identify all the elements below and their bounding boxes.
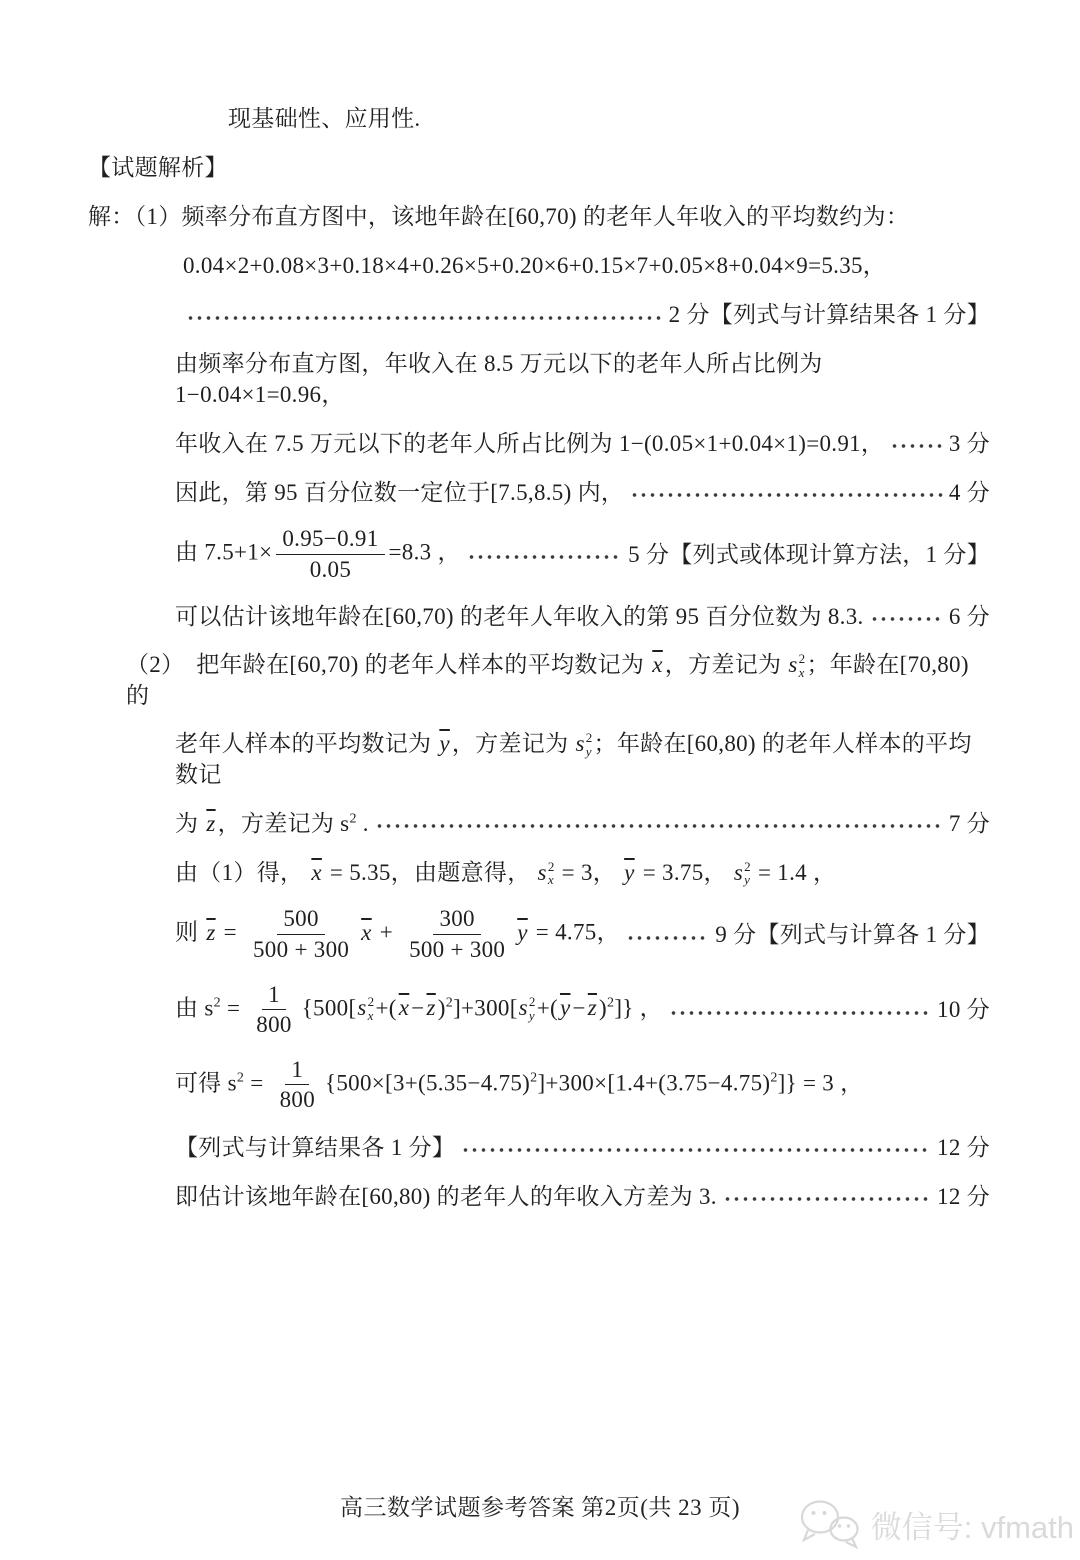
text-segment: 则 [175,920,204,945]
superscript: 2 [770,1071,777,1086]
text-segment: ]+300[ [453,995,518,1020]
text-segment: 年收入在 7.5 万元以下的老年人所占比例为 1−(0.05×1+0.04×1)… [175,431,884,456]
line-content: 解：（1）频率分布直方图中，该地年龄在[60,70) 的老年人年收入的平均数约为… [88,201,909,232]
text-segment: 因此，第 95 百分位数一定位于[7.5,8.5) 内， [175,480,624,505]
variable-scripts: 2y [586,731,593,758]
text-segment: . [357,811,369,836]
text-segment: = 1.4 ， [752,860,836,885]
text-segment: +( [537,995,558,1020]
dotted-leader [626,928,709,948]
score-label: 2 分【列式与计算结果各 1 分】 [669,299,990,330]
part2-intro-line1: （2） 把年龄在[60,70) 的老年人样本的平均数记为 x，方差记为 s2x；… [88,649,990,711]
variable-scripts: 2y [744,860,751,887]
variable-scripts: 2y [529,995,536,1022]
text-segment: ，方差记为 [665,652,788,677]
text-segment: + [374,920,399,945]
fraction-numerator: 300 [433,905,480,935]
solution-part1-intro: 解：（1）频率分布直方图中，该地年龄在[60,70) 的老年人年收入的平均数约为… [88,201,990,233]
fraction-denominator: 500 + 300 [247,935,355,964]
score-label: 3 分 [949,428,990,459]
overbar-variable: x [650,652,665,677]
footer-page-label: 高三数学试题参考答案 第2页(共 23 页) [340,1495,740,1520]
text-segment: = 5.35，由题意得， [324,860,537,885]
text-segment: = 4.75， [530,920,620,945]
variable-base: s [519,992,528,1023]
line-content: （2） 把年龄在[60,70) 的老年人样本的平均数记为 x，方差记为 s2x；… [126,649,990,711]
math-fraction: 0.95−0.910.05 [276,525,384,583]
overbar-variable: y [622,860,637,885]
percentile-conclusion-line: 可以估计该地年龄在[60,70) 的老年人年收入的第 95 百分位数为 8.3.… [88,600,990,632]
sub-sup-variable: s2y [575,728,592,759]
text-segment: ) [438,995,446,1020]
text-segment: ]} ， [614,995,663,1020]
sub-sup-variable: s2x [357,992,374,1023]
wechat-watermark: 微信号: vfmath [797,1496,1074,1552]
superscript: 2 [214,995,221,1010]
superscript: 2 [446,995,453,1010]
score-label: 9 分【列式与计算各 1 分】 [715,919,990,950]
text-segment: 由（1）得， [175,860,309,885]
line-content: 0.04×2+0.08×3+0.18×4+0.26×5+0.20×6+0.15×… [183,250,886,281]
text-segment: 由频率分布直方图，年收入在 8.5 万元以下的老年人所占比例为 1−0.04×1… [175,351,829,407]
text-segment: +( [375,995,396,1020]
text-segment: − [411,995,424,1020]
overbar-variable: z [204,920,217,945]
variance-conclusion-line: 即估计该地年龄在[60,80) 的老年人的年收入方差为 3.12 分 [88,1180,990,1212]
line-content: 老年人样本的平均数记为 y，方差记为 s2y；年龄在[60,80) 的老年人样本… [175,728,990,790]
text-segment: − [572,995,585,1020]
text-segment: = [244,1070,269,1095]
score-2-line: 2 分【列式与计算结果各 1 分】 [88,299,990,331]
text-segment: 0.04×2+0.08×3+0.18×4+0.26×5+0.20×6+0.15×… [183,253,886,278]
text-segment: ]+300×[1.4+(3.75−4.75) [537,1070,770,1095]
overbar-variable: z [425,995,438,1020]
fraction-denominator: 500 + 300 [403,935,511,964]
part2-values-line: 由（1）得， x = 5.35，由题意得， s2x = 3， y = 3.75，… [88,856,990,888]
text-segment: ]} = 3 ， [778,1070,864,1095]
variable-base: s [538,857,547,888]
variable-superscript: 2 [586,731,593,745]
score-label: 7 分 [949,808,990,839]
variable-scripts: 2x [368,995,375,1022]
fraction-denominator: 0.05 [304,555,357,584]
dotted-leader [186,308,663,328]
text-segment: = [218,920,243,945]
score-label: 12 分 [937,1132,990,1163]
text-segment: =8.3 ， [389,539,461,564]
line-content: 可得 s2 = 1800{500×[3+(5.35−4.75)2]+300×[1… [175,1056,863,1114]
math-fraction: 1800 [250,981,297,1039]
text-segment: = 3， [556,860,623,885]
dotted-leader [630,485,943,505]
text-segment: 即估计该地年龄在[60,80) 的老年人的年收入方差为 3. [175,1184,717,1209]
text-segment: ) [599,995,607,1020]
fraction-numerator: 1 [285,1056,309,1086]
dotted-leader [870,609,943,629]
text-segment: 【列式与计算结果各 1 分】 [175,1135,455,1160]
sub-sup-variable: s2x [788,649,805,680]
part2-intro-line2: 老年人样本的平均数记为 y，方差记为 s2y；年龄在[60,80) 的老年人样本… [88,728,990,790]
sub-sup-variable: s2y [734,857,751,888]
variable-superscript: 2 [368,995,375,1009]
analysis-header: 【试题解析】 [88,152,990,184]
score-label: 10 分 [937,994,990,1025]
carryover-line: 现基础性、应用性. [88,103,990,135]
text-segment: = [221,995,246,1020]
overbar-variable: y [515,920,530,945]
variance-calculation-line: 可得 s2 = 1800{500×[3+(5.35−4.75)2]+300×[1… [88,1056,990,1114]
variable-base: s [575,728,584,759]
sub-sup-variable: s2x [538,857,555,888]
dotted-leader [461,1140,931,1160]
text-segment: 可以估计该地年龄在[60,70) 的老年人年收入的第 95 百分位数为 8.3. [175,604,864,629]
mean-calculation-formula: 0.04×2+0.08×3+0.18×4+0.26×5+0.20×6+0.15×… [88,250,990,282]
line-content: 为 z，方差记为 s2 . [175,808,369,839]
variable-scripts: 2x [548,860,555,887]
sub-sup-variable: s2y [519,992,536,1023]
overbar-variable: z [586,995,599,1020]
overbar-variable: x [397,995,412,1020]
text-segment: 【试题解析】 [88,155,228,180]
text-segment: 由 s [175,995,214,1020]
score-label: 6 分 [949,601,990,632]
line-content: 现基础性、应用性. [228,103,420,134]
overbar-variable: x [359,920,374,945]
overbar-variable: y [558,995,573,1020]
overbar-variable: z [204,811,217,836]
percentile-formula-line: 由 7.5+1×0.95−0.910.05=8.3 ，5 分【列式或体现计算方法… [88,525,990,583]
dotted-leader [669,1003,931,1023]
line-content: 则 z = 500500 + 300x + 300500 + 300y = 4.… [175,905,620,963]
line-content: 【列式与计算结果各 1 分】 [175,1132,455,1163]
math-fraction: 500500 + 300 [247,905,355,963]
overbar-variable: y [437,731,452,756]
dotted-leader [723,1189,931,1209]
variable-subscript: y [744,873,750,887]
math-fraction: 300500 + 300 [403,905,511,963]
fraction-numerator: 1 [262,981,286,1011]
text-segment: = 3.75， [637,860,733,885]
fraction-denominator: 800 [274,1085,321,1114]
text-segment: ，方差记为 [452,731,575,756]
variable-superscript: 2 [799,652,806,666]
text-segment: {500×[3+(5.35−4.75) [325,1070,530,1095]
line-content: 由频率分布直方图，年收入在 8.5 万元以下的老年人所占比例为 1−0.04×1… [175,348,990,410]
variable-subscript: x [368,1009,374,1023]
variable-superscript: 2 [744,860,751,874]
dotted-leader [890,436,943,456]
solution-content: 现基础性、应用性.【试题解析】解：（1）频率分布直方图中，该地年龄在[60,70… [0,0,1080,1212]
variable-subscript: x [799,666,805,680]
line-content: 因此，第 95 百分位数一定位于[7.5,8.5) 内， [175,477,624,508]
line-content: 年收入在 7.5 万元以下的老年人所占比例为 1−(0.05×1+0.04×1)… [175,428,884,459]
answer-sheet-page: 现基础性、应用性.【试题解析】解：（1）频率分布直方图中，该地年龄在[60,70… [0,0,1080,1560]
score-label: 5 分【列式或体现计算方法，1 分】 [628,539,990,570]
score-12-line: 【列式与计算结果各 1 分】12 分 [88,1131,990,1163]
variable-superscript: 2 [529,995,536,1009]
text-segment: 现基础性、应用性. [228,106,420,131]
variable-subscript: x [548,873,554,887]
text-segment: ，方差记为 s [218,811,350,836]
fraction-numerator: 500 [277,905,324,935]
variable-base: s [357,992,366,1023]
variable-subscript: y [529,1009,535,1023]
math-fraction: 1800 [274,1056,321,1114]
wechat-icon [797,1496,863,1552]
variable-base: s [734,857,743,888]
text-segment: 解：（1）频率分布直方图中，该地年龄在[60,70) 的老年人年收入的平均数约为… [88,204,909,229]
text-segment: 可得 s [175,1070,237,1095]
score-label: 4 分 [949,477,990,508]
zbar-formula-line: 则 z = 500500 + 300x + 300500 + 300y = 4.… [88,905,990,963]
text-segment: 老年人样本的平均数记为 [175,731,437,756]
variable-base: s [788,649,797,680]
text-segment: （2） 把年龄在[60,70) 的老年人样本的平均数记为 [126,652,650,677]
overbar-variable: x [309,860,324,885]
proportion-096-line: 由频率分布直方图，年收入在 8.5 万元以下的老年人所占比例为 1−0.04×1… [88,348,990,410]
variance-formula-line: 由 s2 = 1800{500[s2x+(x−z)2]+300[s2y+(y−z… [88,981,990,1039]
dotted-leader [375,816,943,836]
proportion-091-line: 年收入在 7.5 万元以下的老年人所占比例为 1−(0.05×1+0.04×1)… [88,427,990,459]
line-content: 由 s2 = 1800{500[s2x+(x−z)2]+300[s2y+(y−z… [175,981,663,1039]
fraction-denominator: 800 [250,1010,297,1039]
dotted-leader [467,547,622,567]
text-segment: 由 7.5+1× [175,539,272,564]
line-content: 即估计该地年龄在[60,80) 的老年人的年收入方差为 3. [175,1181,717,1212]
line-content: 可以估计该地年龄在[60,70) 的老年人年收入的第 95 百分位数为 8.3. [175,601,864,632]
line-content: 由（1）得， x = 5.35，由题意得， s2x = 3， y = 3.75，… [175,857,836,888]
watermark-text: 微信号: vfmath [871,1502,1074,1547]
text-segment: 为 [175,811,204,836]
variable-superscript: 2 [548,860,555,874]
text-segment: {500[ [302,995,357,1020]
line-content: 【试题解析】 [88,152,228,183]
score-label: 12 分 [937,1181,990,1212]
superscript: 2 [349,811,356,826]
variable-scripts: 2x [799,652,806,679]
fraction-numerator: 0.95−0.91 [276,525,384,555]
line-content: 由 7.5+1×0.95−0.910.05=8.3 ， [175,525,461,583]
percentile-interval-line: 因此，第 95 百分位数一定位于[7.5,8.5) 内，4 分 [88,476,990,508]
part2-intro-line3: 为 z，方差记为 s2 .7 分 [88,807,990,839]
variable-subscript: y [586,745,592,759]
